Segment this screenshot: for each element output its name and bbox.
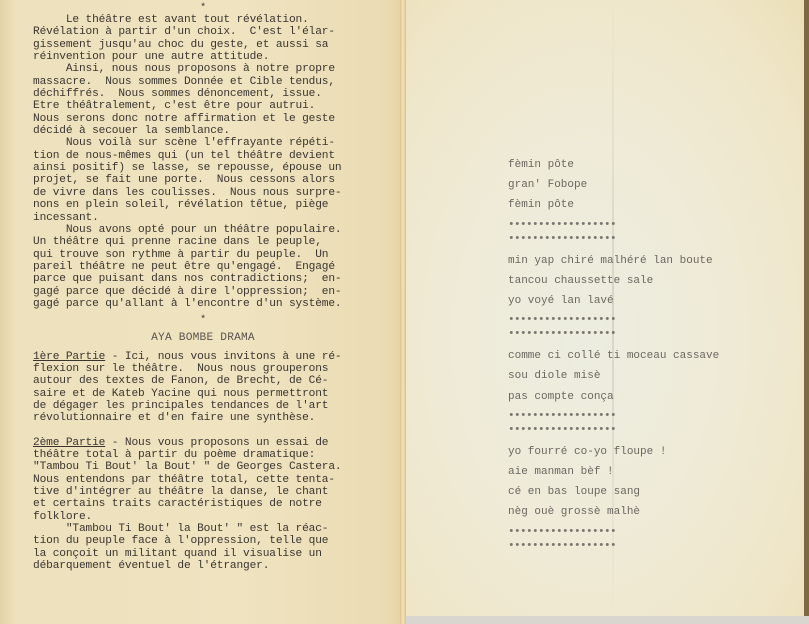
section-star: * [33,316,373,326]
poem-line: pas compte conça [508,387,768,407]
text-line: tive d'intégrer au théâtre la danse, le … [33,486,403,498]
text-line: déchiffrés. Nous sommes dénoncement, iss… [33,88,403,100]
manifesto-text: * Le théâtre est avant tout révélation.R… [33,4,403,572]
text-line: révolutionnaire et d'en faire une synthè… [33,412,403,424]
poem-line: sou diole misè [508,366,768,386]
text-line: Le théâtre est avant tout révélation. [33,14,403,26]
text-line: Nous entendons par théâtre total, cette … [33,474,403,486]
intro-paragraphs: Le théâtre est avant tout révélation.Rév… [33,14,403,310]
text-line: pareil théâtre ne peut être qu'engagé. E… [33,261,403,273]
poem-line: fèmin pôte [508,195,768,215]
text-line: 1ère Partie - Ici, nous vous invitons à … [33,351,403,363]
text-line: gagé parce que décidé à dire l'oppressio… [33,286,403,298]
text-line: projet, se fait une porte. Nous cessons … [33,174,403,186]
text-line: Un théâtre qui prenne racine dans le peu… [33,236,403,248]
poem-line: gran' Fobope [508,175,768,195]
dotted-separator: •••••••••••••••••• [508,409,768,423]
text-line: débarquement éventuel de l'étranger. [33,560,403,572]
poem-line: yo fourré co-yo floupe ! [508,442,768,462]
poem-line: tancou chaussette sale [508,271,768,291]
section-star: * [33,4,373,14]
text-line: et certains traits caractéristiques de n… [33,498,403,510]
poem: fèmin pôtegran' Fobopefèmin pôte••••••••… [508,155,768,558]
dotted-separator: •••••••••••••••••• [508,539,768,553]
text-line: tion du peuple face à l'oppression, tell… [33,535,403,547]
part-label: 1ère Partie [33,351,105,363]
dotted-separator: •••••••••••••••••• [508,423,768,437]
text-line: de vivre dans les coulisses. Nous nous s… [33,187,403,199]
poem-line: min yap chiré malhéré lan boute [508,251,768,271]
text-line: "Tambou Ti Bout' la Bout' " est la réac- [33,523,403,535]
scan-background [406,616,809,624]
text-line: Révélation à partir d'un choix. C'est l'… [33,26,403,38]
text-line: tion de nous-mêmes qui (un tel théâtre d… [33,150,403,162]
text-line: massacre. Nous sommes Donnée et Cible te… [33,76,403,88]
text-line: Nous serons donc notre affirmation et le… [33,113,403,125]
dotted-separator: •••••••••••••••••• [508,525,768,539]
text-line: Etre théâtralement, c'est être pour autr… [33,100,403,112]
book-spread: * Le théâtre est avant tout révélation.R… [0,0,809,624]
poem-line: cé en bas loupe sang [508,482,768,502]
page-edge [804,0,809,624]
text-line: ainsi positif) se lasse, se repousse, ép… [33,162,403,174]
poem-line: fèmin pôte [508,155,768,175]
text-line: flexion sur le théâtre. Nous nous groupe… [33,363,403,375]
text-line: Nous voilà sur scène l'effrayante répéti… [33,137,403,149]
dotted-separator: •••••••••••••••••• [508,218,768,232]
section-heading: AYA BOMBE DRAMA [33,332,373,344]
part-1: 1ère Partie - Ici, nous vous invitons à … [33,351,403,425]
dotted-separator: •••••••••••••••••• [508,327,768,341]
text-line: incessant. [33,212,403,224]
text-line: 2ème Partie - Nous vous proposons un ess… [33,437,403,449]
text-line: folklore. [33,511,403,523]
text-line: gissement jusqu'au choc du geste, et aus… [33,39,403,51]
text-line: nons en plein soleil, révélation têtue, … [33,199,403,211]
poem-line: nèg ouè grossè malhè [508,502,768,522]
text-line: théâtre total à partir du poème dramatiq… [33,449,403,461]
poem-line: yo voyé lan lavé [508,291,768,311]
text-line: Nous avons opté pour un théâtre populair… [33,224,403,236]
text-line: qui trouve son rythme à partir du peuple… [33,249,403,261]
text-line: la conçoit un militant quand il visualis… [33,548,403,560]
poem-line: aie manman bèf ! [508,462,768,482]
text-line: Ainsi, nous nous proposons à notre propr… [33,63,403,75]
poem-line: comme ci collé ti moceau cassave [508,346,768,366]
text-line: "Tambou Ti Bout' la Bout' " de Georges C… [33,461,403,473]
text-line: de dégager les principales tendances de … [33,400,403,412]
text-line: décidé à secouer la semblance. [33,125,403,137]
dotted-separator: •••••••••••••••••• [508,232,768,246]
text-line: réinvention pour une autre attitude. [33,51,403,63]
text-line: autour des textes de Fanon, de Brecht, d… [33,375,403,387]
part-2: 2ème Partie - Nous vous proposons un ess… [33,437,403,573]
part-label: 2ème Partie [33,437,105,449]
text-line: gagé parce qu'allant à l'encontre d'un s… [33,298,403,310]
text-line: saire et de Kateb Yacine qui nous permet… [33,388,403,400]
dotted-separator: •••••••••••••••••• [508,313,768,327]
text-line: parce que puisant dans nos contradiction… [33,273,403,285]
